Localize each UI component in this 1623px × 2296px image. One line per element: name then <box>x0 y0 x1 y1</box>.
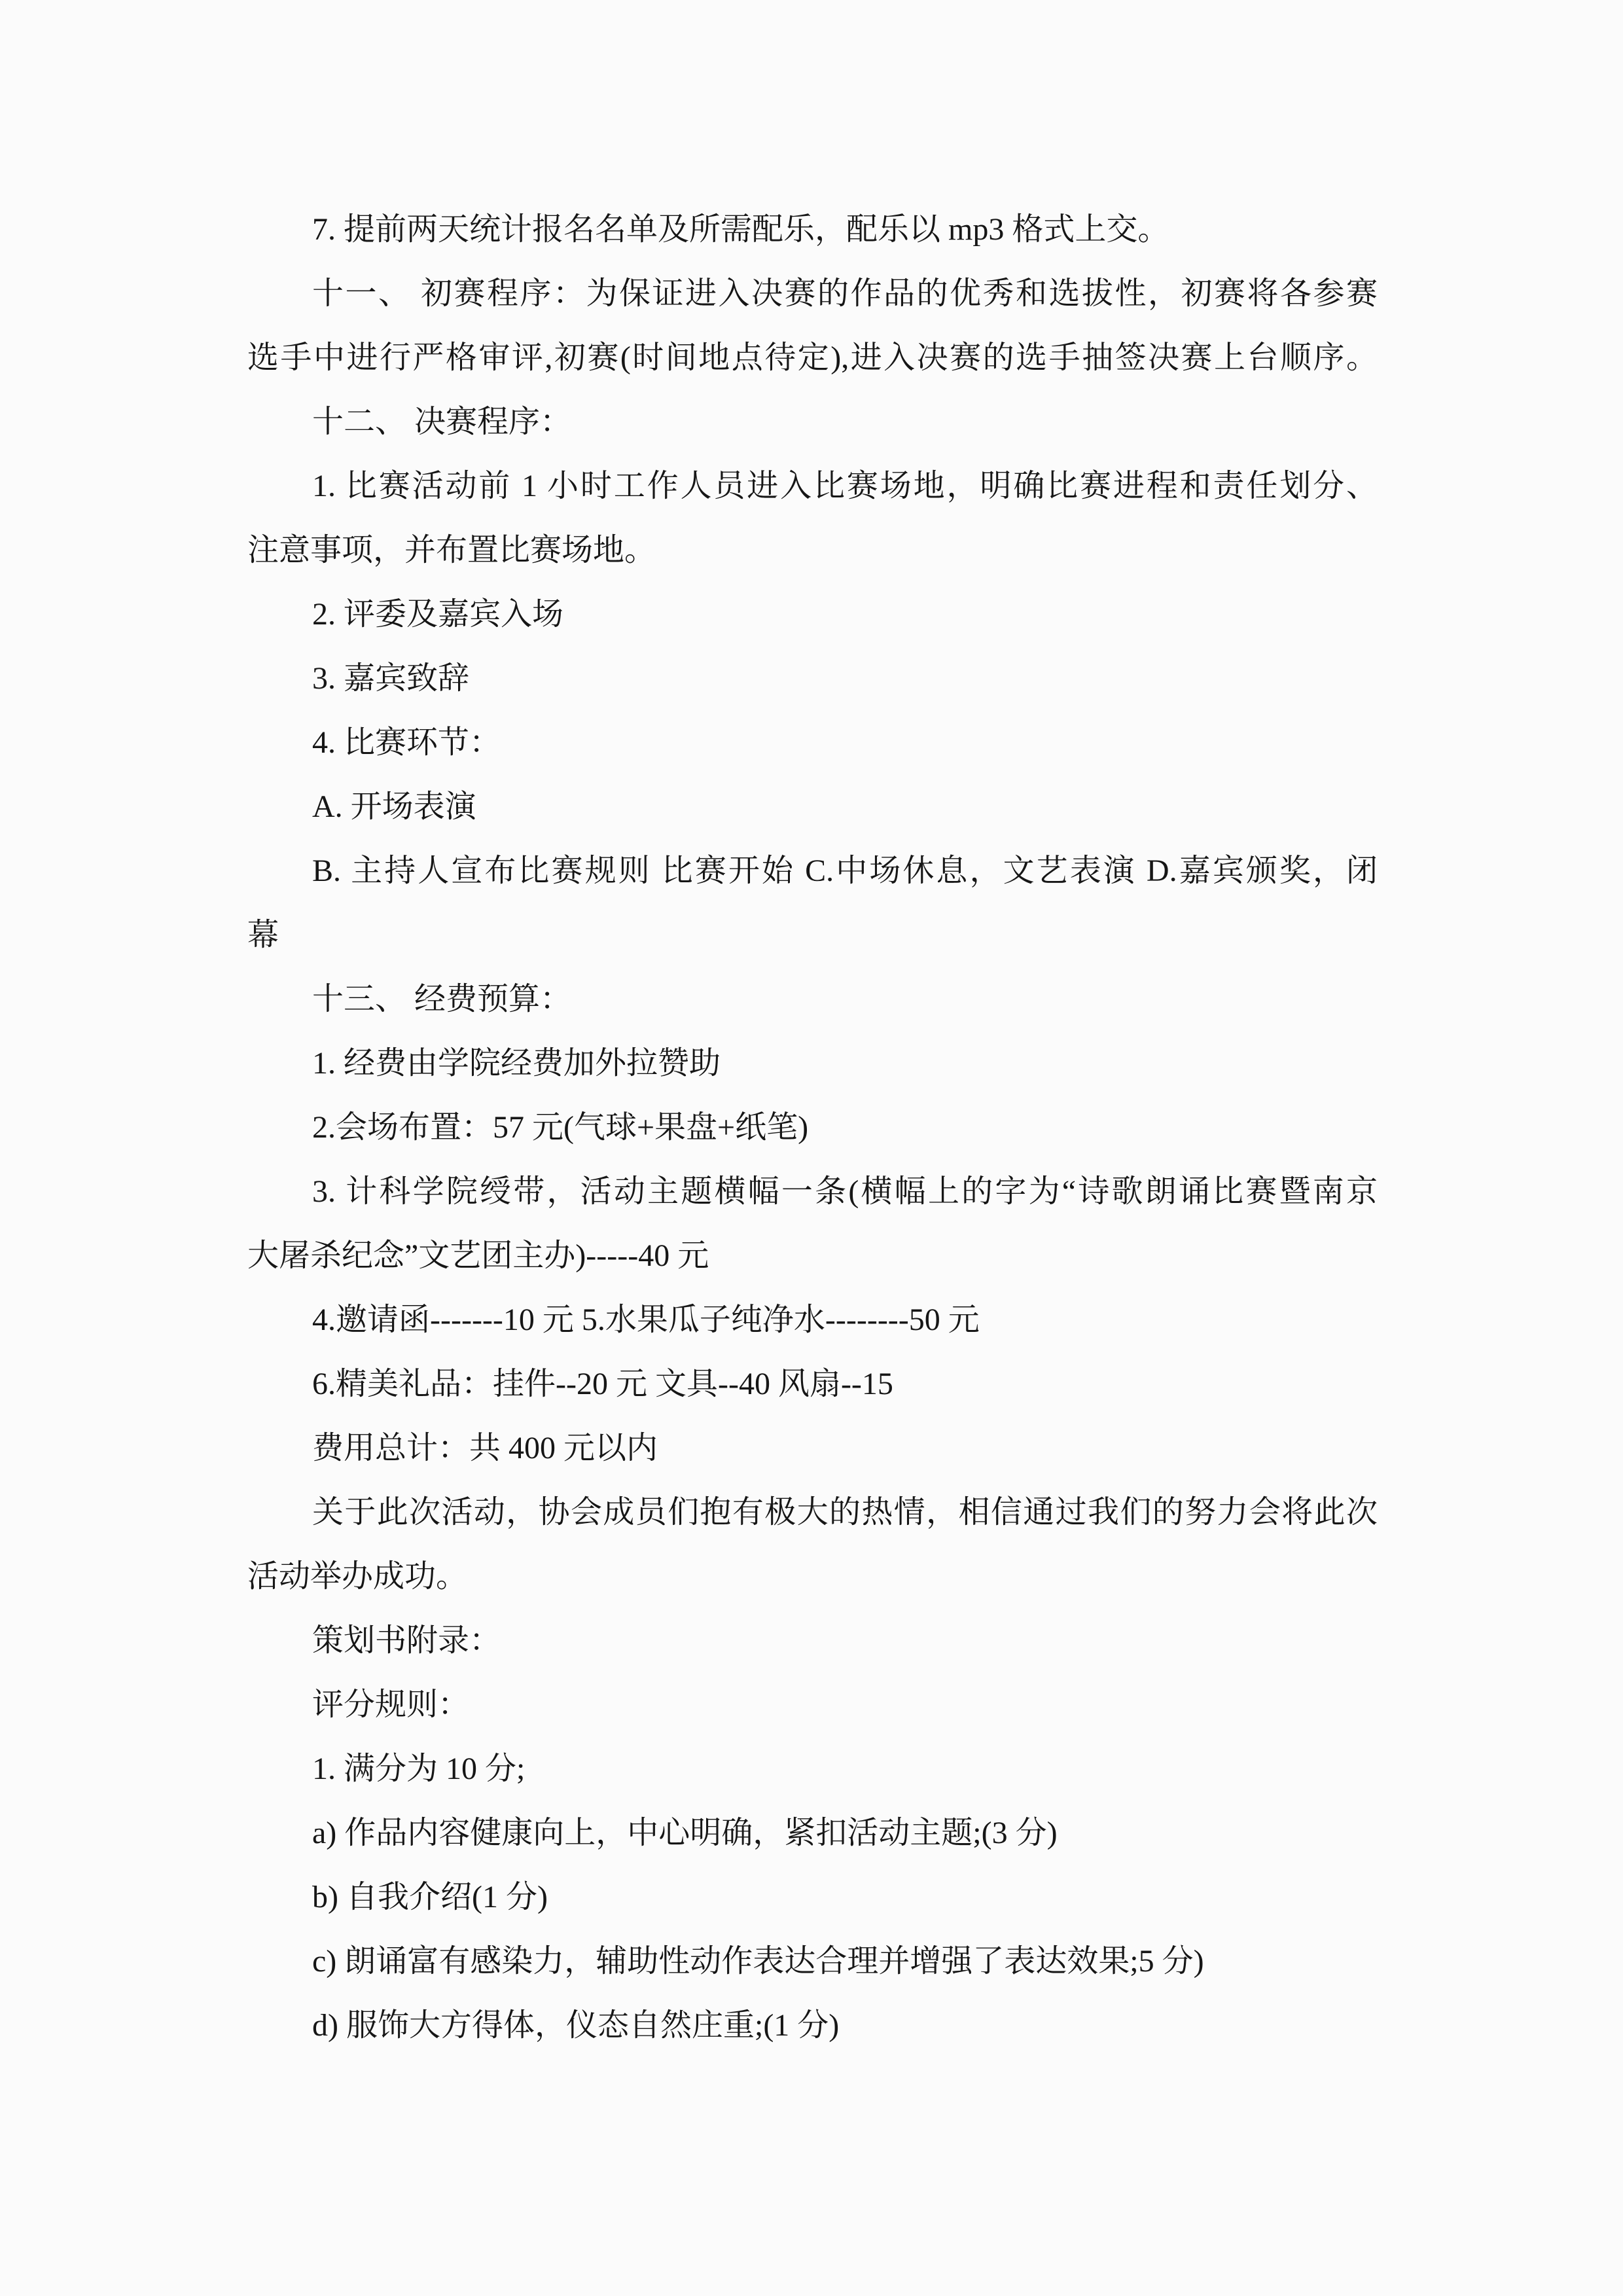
text-line: 大屠杀纪念”文艺团主办)-----40 元 <box>247 1224 1378 1288</box>
text-line: 注意事项，并布置比赛场地。 <box>247 518 1378 583</box>
text-line: b) 自我介绍(1 分) <box>247 1865 1378 1929</box>
text-line: 策划书附录： <box>247 1609 1378 1673</box>
text-line: 1. 经费由学院经费加外拉赞助 <box>247 1031 1378 1096</box>
text-line: 1. 比赛活动前 1 小时工作人员进入比赛场地，明确比赛进程和责任划分、 <box>247 454 1378 518</box>
text-line: 4. 比赛环节： <box>247 711 1378 775</box>
text-line: 幕 <box>247 903 1378 967</box>
text-line: A. 开场表演 <box>247 775 1378 839</box>
text-line: B. 主持人宣布比赛规则 比赛开始 C.中场休息，文艺表演 D.嘉宾颁奖，闭 <box>247 839 1378 903</box>
document-text-block: 7. 提前两天统计报名名单及所需配乐，配乐以 mp3 格式上交。十一、 初赛程序… <box>247 198 1378 2058</box>
text-line: 十三、 经费预算： <box>247 967 1378 1031</box>
text-line: c) 朗诵富有感染力，辅助性动作表达合理并增强了表达效果;5 分) <box>247 1929 1378 1994</box>
text-line: 活动举办成功。 <box>247 1545 1378 1609</box>
text-line: 2. 评委及嘉宾入场 <box>247 583 1378 647</box>
text-line: 十一、 初赛程序：为保证进入决赛的作品的优秀和选拔性，初赛将各参赛 <box>247 262 1378 326</box>
text-line: 关于此次活动，协会成员们抱有极大的热情，相信通过我们的努力会将此次 <box>247 1480 1378 1545</box>
text-line: a) 作品内容健康向上，中心明确，紧扣活动主题;(3 分) <box>247 1801 1378 1865</box>
text-line: 4.邀请函-------10 元 5.水果瓜子纯净水--------50 元 <box>247 1288 1378 1352</box>
text-line: 评分规则： <box>247 1673 1378 1737</box>
text-line: 2.会场布置：57 元(气球+果盘+纸笔) <box>247 1096 1378 1160</box>
text-line: 费用总计：共 400 元以内 <box>247 1416 1378 1480</box>
text-line: 6.精美礼品：挂件--20 元 文具--40 风扇--15 <box>247 1352 1378 1416</box>
text-line: 1. 满分为 10 分; <box>247 1737 1378 1801</box>
text-line: d) 服饰大方得体，仪态自然庄重;(1 分) <box>247 1994 1378 2058</box>
document-page: 7. 提前两天统计报名名单及所需配乐，配乐以 mp3 格式上交。十一、 初赛程序… <box>0 0 1623 2296</box>
text-line: 3. 嘉宾致辞 <box>247 647 1378 711</box>
text-line: 7. 提前两天统计报名名单及所需配乐，配乐以 mp3 格式上交。 <box>247 198 1378 262</box>
text-line: 3. 计科学院绶带，活动主题横幅一条(横幅上的字为“诗歌朗诵比赛暨南京 <box>247 1160 1378 1224</box>
text-line: 十二、 决赛程序： <box>247 390 1378 454</box>
text-line: 选手中进行严格审评,初赛(时间地点待定),进入决赛的选手抽签决赛上台顺序。 <box>247 326 1378 390</box>
